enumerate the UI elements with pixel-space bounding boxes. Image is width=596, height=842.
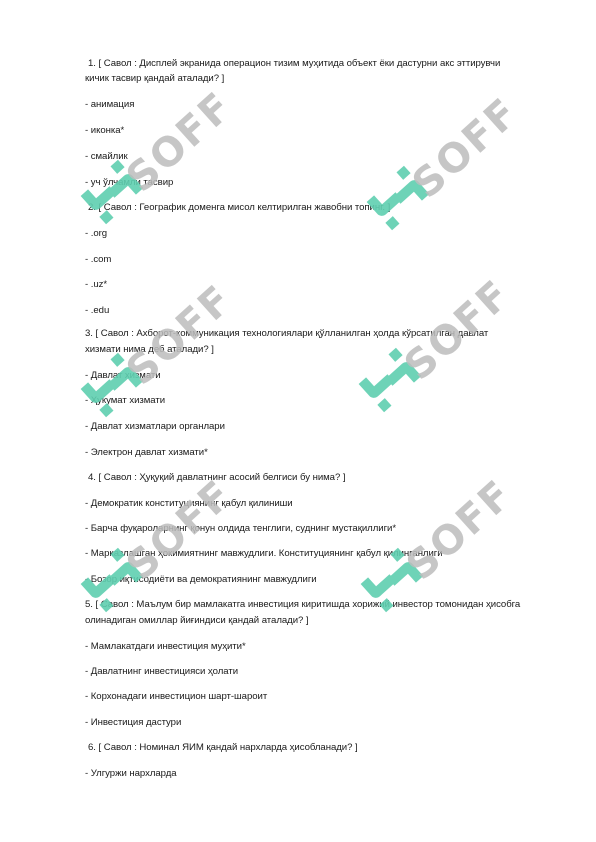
question-1-option-2: - иконка* — [85, 124, 124, 137]
question-3-prompt-line-1: 3. [ Савол : Ахборот-коммуникация технол… — [85, 327, 488, 340]
soff-watermark: SOFF — [360, 300, 530, 410]
question-1-option-4: - уч ўлчамли тасвир — [85, 176, 173, 189]
soff-logo-icon: SOFF — [368, 118, 538, 228]
question-5-option-3: - Корхонадаги инвестицион шарт-шароит — [85, 690, 267, 703]
question-6-prompt-line-1: 6. [ Савол : Номинал ЯИМ қандай нархлард… — [88, 741, 358, 754]
question-1-option-3: - смайлик — [85, 150, 128, 163]
question-4-prompt-line-1: 4. [ Савол : Ҳуқуқий давлатнинг асосий б… — [88, 471, 345, 484]
question-2-option-1: - .org — [85, 227, 107, 240]
question-5-option-4: - Инвестиция дастури — [85, 716, 181, 729]
question-2-prompt-line-1: 2. [ Савол : Географик доменга мисол кел… — [88, 201, 390, 214]
question-2-option-2: - .com — [85, 253, 111, 266]
question-2-option-3: - .uz* — [85, 278, 107, 291]
watermark-text: SOFF — [398, 471, 522, 589]
document-page: 1. [ Савол : Дисплей экранида операцион … — [0, 0, 596, 842]
question-1-prompt-line-1: 1. [ Савол : Дисплей экранида операцион … — [88, 57, 500, 70]
watermark-text: SOFF — [404, 89, 528, 207]
question-3-option-3: - Давлат хизматлари органлари — [85, 420, 225, 433]
question-5-prompt-line-2: олинадиган омиллар йиғиндиси қандай атал… — [85, 614, 309, 627]
question-6-option-1: - Улгуржи нархларда — [85, 767, 177, 780]
question-3-option-2: - Ҳукумат хизмати — [85, 394, 165, 407]
question-2-option-4: - .edu — [85, 304, 109, 317]
question-4-option-2: - Барча фуқароларнинг қонун олдида тенгл… — [85, 522, 396, 535]
question-3-option-4: - Электрон давлат хизмати* — [85, 446, 208, 459]
question-4-option-1: - Демократик конституциянинг қабул қилин… — [85, 497, 293, 510]
question-3-option-1: - Давлат хизмати — [85, 369, 161, 382]
question-5-prompt-line-1: 5. [ Савол : Маълум бир мамлакатга инвес… — [85, 598, 520, 611]
question-1-prompt-line-2: кичик тасвир қандай аталади? ] — [85, 72, 224, 85]
question-5-option-2: - Давлатнинг инвестицияси ҳолати — [85, 665, 238, 678]
question-4-option-4: - Бозор иқтисодиёти ва демократиянинг ма… — [85, 573, 317, 586]
question-4-option-3: - Марказлашган ҳокимиятнинг мавжудлиги. … — [85, 547, 443, 560]
question-3-prompt-line-2: хизмати нима деб аталади? ] — [85, 343, 214, 356]
soff-watermark: SOFF — [368, 118, 538, 228]
soff-logo-icon: SOFF — [360, 300, 530, 410]
question-5-option-1: - Мамлакатдаги инвестиция муҳити* — [85, 640, 246, 653]
question-1-option-1: - анимация — [85, 98, 134, 111]
